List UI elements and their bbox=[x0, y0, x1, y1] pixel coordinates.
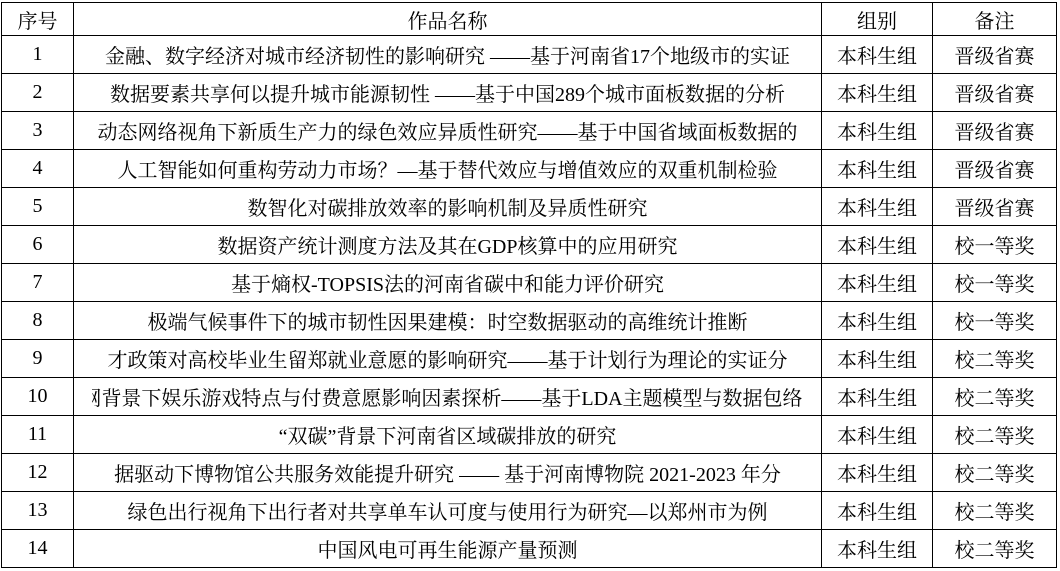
table-row: 2数据要素共享何以提升城市能源韧性 ——基于中国289个城市面板数据的分析本科生… bbox=[2, 74, 1057, 112]
work-title-cell: 中国风电可再生能源产量预测 bbox=[74, 530, 822, 568]
work-title-cell: 数据资产统计测度方法及其在GDP核算中的应用研究 bbox=[74, 226, 822, 264]
work-title-cell: 绿色出行视角下出行者对共享单车认可度与使用行为研究—以郑州市为例 bbox=[74, 492, 822, 530]
row-number-cell: 13 bbox=[2, 492, 74, 530]
work-title-text: 绿色出行视角下出行者对共享单车认可度与使用行为研究—以郑州市为例 bbox=[128, 502, 768, 524]
row-number-cell: 2 bbox=[2, 74, 74, 112]
remark-cell: 晋级省赛 bbox=[933, 188, 1057, 226]
group-cell: 本科生组 bbox=[822, 416, 933, 454]
table-row: 6数据资产统计测度方法及其在GDP核算中的应用研究本科生组校一等奖 bbox=[2, 226, 1057, 264]
table-row: 13绿色出行视角下出行者对共享单车认可度与使用行为研究—以郑州市为例本科生组校二… bbox=[2, 492, 1057, 530]
work-title-cell: 人工智能如何重构劳动力市场？—基于替代效应与增值效应的双重机制检验 bbox=[74, 150, 822, 188]
remark-cell: 晋级省赛 bbox=[933, 36, 1057, 74]
awards-table: 序号 作品名称 组别 备注 1金融、数字经济对城市经济韧性的影响研究 ——基于河… bbox=[1, 2, 1057, 568]
work-title-text: 背景下娱乐游戏特点与付费意愿影响因素探析——基于LDA主题模型与数据包络 bbox=[101, 388, 802, 410]
group-cell: 本科生组 bbox=[822, 188, 933, 226]
group-cell: 本科生组 bbox=[822, 36, 933, 74]
table-row: 7基于熵权-TOPSIS法的河南省碳中和能力评价研究本科生组校一等奖 bbox=[2, 264, 1057, 302]
work-title-text: 金融、数字经济对城市经济韧性的影响研究 ——基于河南省17个地级市的实证 bbox=[105, 46, 790, 68]
remark-cell: 校二等奖 bbox=[933, 378, 1057, 416]
work-title-cell: 数智化对碳排放效率的影响机制及异质性研究 bbox=[74, 188, 822, 226]
remark-cell: 校二等奖 bbox=[933, 454, 1057, 492]
group-cell: 本科生组 bbox=[822, 112, 933, 150]
group-cell: 本科生组 bbox=[822, 74, 933, 112]
work-title-cell: 动态网络视角下新质生产力的绿色效应异质性研究——基于中国省域面板数据的 bbox=[74, 112, 822, 150]
table-row: 9才政策对高校毕业生留郑就业意愿的影响研究——基于计划行为理论的实证分本科生组校… bbox=[2, 340, 1057, 378]
table-row: 14中国风电可再生能源产量预测本科生组校二等奖 bbox=[2, 530, 1057, 568]
row-number-cell: 14 bbox=[2, 530, 74, 568]
work-title-text: 才政策对高校毕业生留郑就业意愿的影响研究——基于计划行为理论的实证分 bbox=[108, 350, 788, 372]
row-number-cell: 1 bbox=[2, 36, 74, 74]
column-header-title: 作品名称 bbox=[74, 3, 822, 36]
group-cell: 本科生组 bbox=[822, 302, 933, 340]
row-number-cell: 7 bbox=[2, 264, 74, 302]
remark-cell: 校一等奖 bbox=[933, 302, 1057, 340]
row-number-cell: 9 bbox=[2, 340, 74, 378]
remark-cell: 校一等奖 bbox=[933, 226, 1057, 264]
work-title-text: 极端气候事件下的城市韧性因果建模：时空数据驱动的高维统计推断 bbox=[148, 312, 748, 334]
work-title-text: 人工智能如何重构劳动力市场？—基于替代效应与增值效应的双重机制检验 bbox=[118, 160, 778, 182]
remark-cell: 晋级省赛 bbox=[933, 74, 1057, 112]
work-title-text: 基于熵权-TOPSIS法的河南省碳中和能力评价研究 bbox=[231, 274, 664, 296]
work-title-cell: 才政策对高校毕业生留郑就业意愿的影响研究——基于计划行为理论的实证分 bbox=[74, 340, 822, 378]
row-number-cell: 6 bbox=[2, 226, 74, 264]
table-row: 10网背景下娱乐游戏特点与付费意愿影响因素探析——基于LDA主题模型与数据包络本… bbox=[2, 378, 1057, 416]
work-title-text: 动态网络视角下新质生产力的绿色效应异质性研究——基于中国省域面板数据的 bbox=[98, 122, 798, 144]
work-title-text: “双碳”背景下河南省区域碳排放的研究 bbox=[279, 426, 617, 448]
work-title-cell: 基于熵权-TOPSIS法的河南省碳中和能力评价研究 bbox=[74, 264, 822, 302]
row-number-cell: 4 bbox=[2, 150, 74, 188]
work-title-text: 据驱动下博物馆公共服务效能提升研究 —— 基于河南博物院 2021-2023 年… bbox=[114, 464, 781, 486]
column-header-no: 序号 bbox=[2, 3, 74, 36]
table-row: 12据驱动下博物馆公共服务效能提升研究 —— 基于河南博物院 2021-2023… bbox=[2, 454, 1057, 492]
work-title-cell: 金融、数字经济对城市经济韧性的影响研究 ——基于河南省17个地级市的实证 bbox=[74, 36, 822, 74]
column-header-group: 组别 bbox=[822, 3, 933, 36]
table-row: 3动态网络视角下新质生产力的绿色效应异质性研究——基于中国省域面板数据的本科生组… bbox=[2, 112, 1057, 150]
group-cell: 本科生组 bbox=[822, 150, 933, 188]
remark-cell: 晋级省赛 bbox=[933, 112, 1057, 150]
document-page: 序号 作品名称 组别 备注 1金融、数字经济对城市经济韧性的影响研究 ——基于河… bbox=[0, 0, 1060, 571]
table-row: 4人工智能如何重构劳动力市场？—基于替代效应与增值效应的双重机制检验本科生组晋级… bbox=[2, 150, 1057, 188]
work-title-text: 数智化对碳排放效率的影响机制及异质性研究 bbox=[248, 198, 648, 220]
row-number-cell: 3 bbox=[2, 112, 74, 150]
table-body: 1金融、数字经济对城市经济韧性的影响研究 ——基于河南省17个地级市的实证本科生… bbox=[2, 36, 1057, 568]
row-number-cell: 8 bbox=[2, 302, 74, 340]
work-title-cell: 数据要素共享何以提升城市能源韧性 ——基于中国289个城市面板数据的分析 bbox=[74, 74, 822, 112]
work-title-text: 数据资产统计测度方法及其在GDP核算中的应用研究 bbox=[217, 236, 677, 258]
remark-cell: 校二等奖 bbox=[933, 416, 1057, 454]
row-number-cell: 5 bbox=[2, 188, 74, 226]
work-title-text: 数据要素共享何以提升城市能源韧性 ——基于中国289个城市面板数据的分析 bbox=[110, 84, 785, 106]
row-number-cell: 11 bbox=[2, 416, 74, 454]
group-cell: 本科生组 bbox=[822, 492, 933, 530]
work-title-cell: 网背景下娱乐游戏特点与付费意愿影响因素探析——基于LDA主题模型与数据包络 bbox=[74, 378, 822, 416]
remark-cell: 校一等奖 bbox=[933, 264, 1057, 302]
table-row: 11“双碳”背景下河南省区域碳排放的研究本科生组校二等奖 bbox=[2, 416, 1057, 454]
work-title-cell: “双碳”背景下河南省区域碳排放的研究 bbox=[74, 416, 822, 454]
remark-cell: 晋级省赛 bbox=[933, 150, 1057, 188]
remark-cell: 校二等奖 bbox=[933, 340, 1057, 378]
remark-cell: 校二等奖 bbox=[933, 492, 1057, 530]
group-cell: 本科生组 bbox=[822, 378, 933, 416]
work-title-cell: 据驱动下博物馆公共服务效能提升研究 —— 基于河南博物院 2021-2023 年… bbox=[74, 454, 822, 492]
table-row: 1金融、数字经济对城市经济韧性的影响研究 ——基于河南省17个地级市的实证本科生… bbox=[2, 36, 1057, 74]
group-cell: 本科生组 bbox=[822, 226, 933, 264]
work-title-text: 中国风电可再生能源产量预测 bbox=[318, 540, 578, 562]
row-number-cell: 12 bbox=[2, 454, 74, 492]
remark-cell: 校二等奖 bbox=[933, 530, 1057, 568]
table-row: 5数智化对碳排放效率的影响机制及异质性研究本科生组晋级省赛 bbox=[2, 188, 1057, 226]
column-header-remark: 备注 bbox=[933, 3, 1057, 36]
row-number-cell: 10 bbox=[2, 378, 74, 416]
group-cell: 本科生组 bbox=[822, 264, 933, 302]
group-cell: 本科生组 bbox=[822, 530, 933, 568]
header-row: 序号 作品名称 组别 备注 bbox=[2, 3, 1057, 36]
group-cell: 本科生组 bbox=[822, 454, 933, 492]
work-title-cell: 极端气候事件下的城市韧性因果建模：时空数据驱动的高维统计推断 bbox=[74, 302, 822, 340]
group-cell: 本科生组 bbox=[822, 340, 933, 378]
table-row: 8极端气候事件下的城市韧性因果建模：时空数据驱动的高维统计推断本科生组校一等奖 bbox=[2, 302, 1057, 340]
